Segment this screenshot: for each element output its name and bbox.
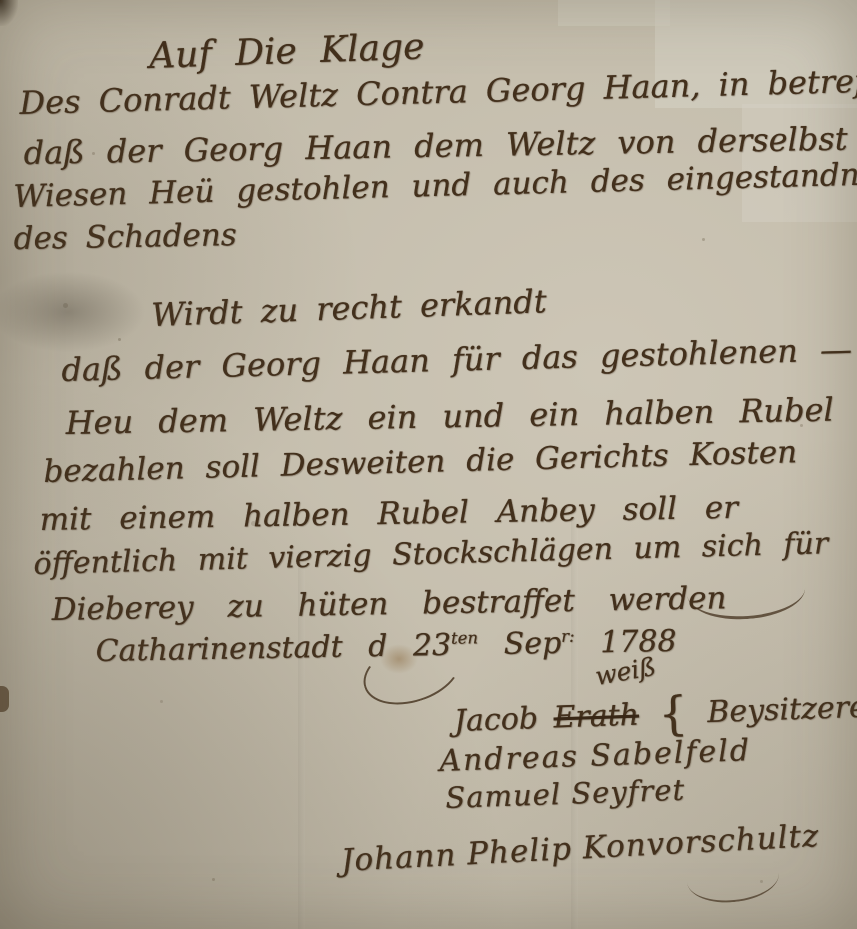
verdict-heading: Wirdt zu recht erkandt: [151, 282, 548, 334]
signature-swash-flourish: [687, 869, 781, 906]
dateline-day-suffix: ten: [451, 628, 478, 647]
verdict-line-2: Heu dem Weltz ein und ein halben Rubel: [65, 391, 834, 442]
signature-first-name: Jacob: [453, 701, 538, 739]
heading-line: Auf Die Klage: [149, 26, 426, 77]
complaint-line-1: Des Conradt Weltz Contra Georg Haan, in …: [19, 62, 857, 122]
paper-light-patch: [558, 0, 670, 26]
verdict-line-3: bezahlen soll Desweiten die Gerichts Kos…: [43, 434, 798, 490]
verdict-line-6: Dieberey zu hüten bestraffet werden: [51, 580, 726, 628]
signature-role: Beysitzere: [707, 690, 857, 731]
complaint-line-4: des Schadens: [13, 217, 237, 257]
paper-speckles: [0, 0, 3, 3]
dateline-prefix: d: [368, 629, 388, 664]
signature-johann: Johann Phelip Konvorschultz: [340, 818, 820, 879]
struck-name: Erath: [553, 698, 640, 736]
signature-brace: {: [654, 686, 693, 741]
smudge-stain: [0, 270, 148, 354]
dateline-month: Sepr:: [503, 626, 575, 662]
dateline-day: 23ten: [413, 627, 479, 663]
edge-ink-spot: [0, 686, 9, 712]
dateline-place: Catharinenstadt: [95, 630, 343, 669]
dateline: Catharinenstadt d 23ten Sepr: 1788: [95, 624, 677, 669]
manuscript-scan: Auf Die Klage Des Conradt Weltz Contra G…: [0, 0, 857, 929]
dateline-month-suffix: r:: [561, 627, 575, 646]
signature-samuel: Samuel Seyfret: [445, 773, 686, 815]
corner-ink-mark: [0, 0, 18, 26]
verdict-line-1: daß der Georg Haan für das gestohlenen —: [61, 330, 852, 389]
